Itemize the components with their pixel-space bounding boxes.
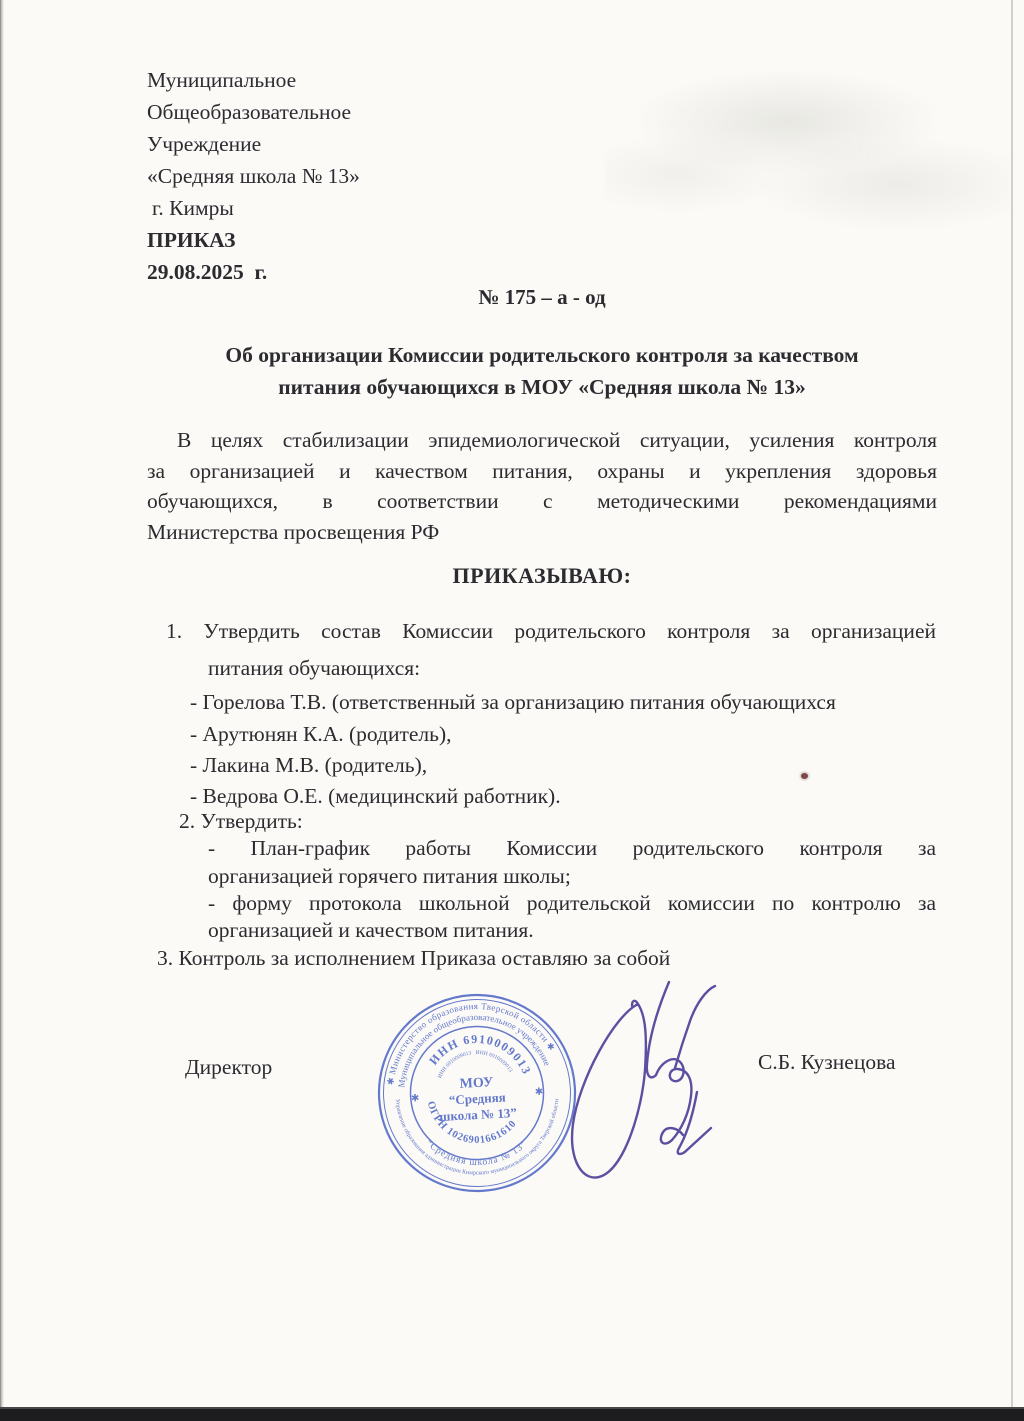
item-2-line-1: 2. Утвердить: (179, 809, 303, 834)
letterhead-line-1: Муниципальное (147, 64, 360, 96)
preamble: В целях стабилизации эпидемиологической … (147, 425, 937, 547)
letterhead-line-2: Общеобразовательное (147, 96, 360, 128)
stamp-center-line-2: “Средняя (449, 1090, 507, 1108)
preamble-line-2: за организацией и качеством питания, охр… (147, 456, 937, 487)
stamp-center-line-3: школа № 13” (439, 1105, 517, 1124)
signoff-position: Директор (185, 1055, 272, 1080)
signature-oval-loop (572, 1001, 646, 1178)
order-subject: Об организации Комиссии родительского ко… (147, 339, 937, 403)
signature-right-stroke (675, 986, 715, 1068)
document-type: ПРИКАЗ (147, 224, 360, 256)
scan-left-edge (0, 0, 4, 1421)
letterhead-city: г. Кимры (147, 192, 360, 224)
document-date: 29.08.2025 г. (147, 256, 360, 288)
stamp-star-left: ✱ (411, 1093, 420, 1104)
letterhead-line-4: «Средняя школа № 13» (147, 160, 360, 192)
item-2-sub-1-line-1: - План-график работы Комиссии родительск… (208, 836, 936, 861)
scan-right-edge-line (1011, 0, 1013, 1421)
item-2-sub-2-line-1: - форму протокола школьной родительской … (208, 891, 936, 916)
item-1-member-1: - Горелова Т.В. (ответственный за органи… (190, 690, 836, 715)
letterhead-line-3: Учреждение (147, 128, 360, 160)
stamp-star-right: ✱ (535, 1087, 544, 1098)
ink-speck (801, 773, 808, 779)
item-1-member-3: - Лакина М.В. (родитель), (190, 753, 427, 778)
scan-bottom-edge-bar (0, 1407, 1024, 1421)
preamble-line-1: В целях стабилизации эпидемиологической … (147, 425, 937, 456)
item-1-member-2: - Арутюнян К.А. (родитель), (190, 722, 452, 747)
item-1-line-1: 1. Утвердить состав Комиссии родительско… (166, 619, 936, 644)
item-3-line-1: 3. Контроль за исполнением Приказа остав… (157, 946, 670, 971)
preamble-line-3: обучающихся, в соответствии с методическ… (147, 486, 937, 517)
directive-heading: ПРИКАЗЫВАЮ: (147, 563, 937, 589)
round-official-stamp: ✱ Министерство образования Тверской обла… (371, 987, 583, 1199)
item-1-member-4: - Ведрова О.Е. (медицинский работник). (190, 784, 561, 809)
scan-bleedthrough-noise (605, 72, 1010, 237)
order-number: № 175 – а - од (147, 285, 937, 310)
handwritten-signature (556, 970, 736, 1188)
subject-line-2: питания обучающихся в МОУ «Средняя школа… (147, 371, 937, 403)
item-2-sub-1-line-2: организацией горячего питания школы; (208, 864, 571, 889)
preamble-line-4: Министерства просвещения РФ (147, 517, 937, 548)
item-1-line-2: питания обучающихся: (208, 656, 420, 681)
letterhead: Муниципальное Общеобразовательное Учрежд… (147, 64, 360, 288)
signoff-name: С.Б. Кузнецова (758, 1050, 896, 1075)
item-2-sub-2-line-2: организацией и качеством питания. (208, 918, 534, 943)
stamp-center-line-1: МОУ (459, 1075, 493, 1092)
subject-line-1: Об организации Комиссии родительского ко… (147, 339, 937, 371)
